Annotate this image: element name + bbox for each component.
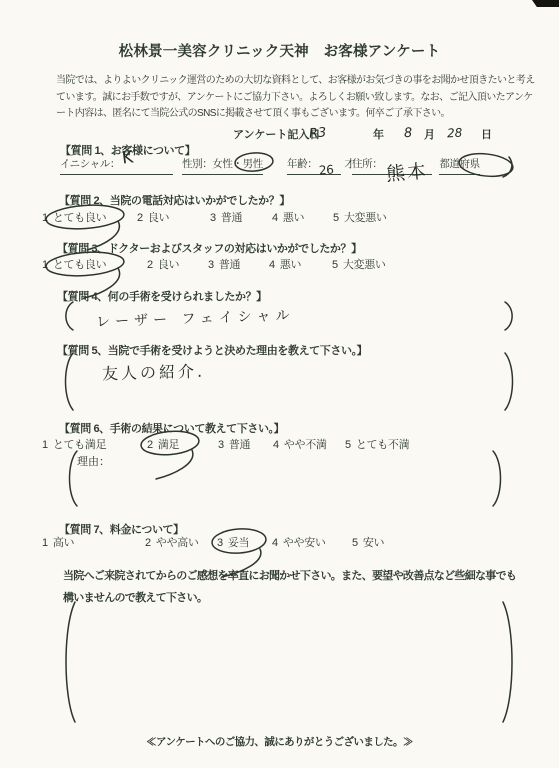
age-field: 年齢：26才 — [287, 156, 354, 175]
q2-heading: 【質問 2、当院の電話対応はいかがでしたか？】 — [59, 192, 290, 208]
age-underline: 年齢：26 — [287, 156, 341, 175]
handwritten-day: 28 — [447, 126, 463, 141]
left-bracket — [60, 599, 78, 725]
option-label: 良い — [148, 212, 169, 224]
q2-option-2: 2良い — [137, 209, 169, 225]
handwritten-year: R3 — [308, 125, 327, 141]
left-bracket — [60, 351, 76, 412]
q6-reason-box: 理由： — [64, 449, 506, 508]
year-unit-label: 年 — [373, 126, 384, 142]
q3-option-1-selected: 1とても良い — [42, 256, 106, 272]
option-label: 高い — [53, 537, 74, 549]
option-label: 大変悪い — [343, 259, 386, 271]
option-label: とても良い — [53, 212, 107, 224]
scanned-survey-form: 松林景一美容クリニック天神 お客様アンケート 当院では、よりよいクリニック運営の… — [0, 0, 559, 768]
gender-circled-answer: 男性 — [243, 156, 263, 171]
right-bracket — [502, 351, 518, 412]
handwritten-q4-answer: レーザー フェイシャル — [96, 305, 295, 332]
q2-option-4: 4悪い — [272, 209, 304, 225]
form-title: 松林景一美容クリニック天神 お客様アンケート — [0, 40, 559, 61]
handwritten-q5-answer: 友人の紹介. — [102, 359, 206, 385]
initial-label: イニシャル： — [60, 156, 173, 175]
q3-options-row: 1とても良い 2良い 3普通 4悪い 5大変悪い — [42, 256, 542, 274]
q3-option-5: 5大変悪い — [332, 256, 386, 272]
right-bracket — [502, 300, 518, 332]
option-label: 安い — [363, 537, 384, 549]
q2-option-5: 5大変悪い — [333, 209, 387, 225]
prefecture-suffix: 都道府県 — [439, 156, 479, 175]
q7-option-3-selected: 3妥当 — [217, 534, 249, 550]
q2-options-row: 1とても良い 2良い 3普通 4悪い 5大変悪い — [42, 209, 542, 227]
option-number: 1 — [42, 537, 48, 549]
q7-option-1: 1高い — [42, 534, 74, 550]
prefecture-suffix-label: 都道府県 — [439, 156, 479, 175]
option-label: 普通 — [221, 212, 242, 224]
gender-options: 性別：女性・男性 — [182, 156, 263, 175]
option-number: 2 — [137, 212, 143, 224]
gender-field: 性別：女性・男性 — [182, 156, 263, 175]
q5-answer-box: 友人の紹介. — [60, 351, 518, 412]
option-number: 4 — [269, 259, 275, 271]
right-bracket — [490, 449, 506, 508]
option-label: 悪い — [280, 259, 301, 271]
option-number: 4 — [272, 212, 278, 224]
option-number: 2 — [145, 537, 151, 549]
option-number: 5 — [332, 259, 338, 271]
closing-thanks: ≪アンケートへのご協力、誠にありがとうございました。≫ — [0, 734, 559, 749]
date-label: アンケート記入日 — [233, 126, 320, 142]
address-label: 住所： — [352, 158, 382, 170]
q2-option-1-selected: 1とても良い — [42, 209, 106, 225]
intro-text-line: ート内容は、匿名にて当院公式のSNSに掲載させて頂く事もございます。何卒ご了承下… — [56, 104, 450, 119]
left-bracket — [60, 300, 76, 332]
option-label: とても良い — [53, 259, 107, 271]
q7-option-5: 5安い — [352, 534, 384, 550]
handwritten-age: 26 — [319, 163, 334, 178]
gender-label: 性別：女性・ — [182, 158, 243, 170]
right-bracket — [500, 599, 518, 725]
option-number: 1 — [42, 439, 48, 451]
q3-option-3: 3普通 — [208, 256, 240, 272]
option-number: 2 — [147, 259, 153, 271]
address-underline: 住所：熊本 — [352, 156, 432, 175]
address-field: 住所：熊本都道府県 — [352, 156, 480, 175]
q7-option-4: 4やや安い — [272, 534, 326, 550]
feedback-answer-box — [60, 599, 518, 725]
q6-heading: 【質問 6、手術の結果について教えて下さい。】 — [59, 420, 284, 436]
q3-option-4: 4悪い — [269, 256, 301, 272]
handwritten-initial: K — [121, 147, 134, 168]
gender-male-label: 男性 — [243, 158, 263, 170]
option-number: 1 — [42, 212, 48, 224]
handwritten-month: 8 — [403, 126, 412, 142]
option-label: やや安い — [283, 537, 326, 549]
option-label: 妥当 — [228, 537, 249, 549]
option-label: 悪い — [283, 212, 304, 224]
option-number: 3 — [217, 537, 223, 549]
month-unit-label: 月 — [424, 126, 435, 142]
q3-heading: 【質問 3、ドクターおよびスタッフの対応はいかがでしたか？】 — [57, 240, 362, 256]
q4-answer-box: レーザー フェイシャル — [60, 300, 518, 332]
initial-field: イニシャル： K — [60, 156, 173, 175]
age-label: 年齢： — [287, 158, 317, 170]
scan-corner-artifact — [532, 0, 559, 7]
q1-fields-row: イニシャル： K 性別：女性・男性 年齢：26才 住所：熊本都道府県 — [0, 156, 559, 180]
q2-option-3: 3普通 — [210, 209, 242, 225]
option-number: 1 — [42, 259, 48, 271]
option-number: 3 — [210, 212, 216, 224]
option-number: 5 — [352, 537, 358, 549]
option-label: 大変悪い — [344, 212, 387, 224]
day-unit-label: 日 — [481, 126, 492, 142]
q3-option-2: 2良い — [147, 256, 179, 272]
intro-text-line: ています。誠にお手数ですが、アンケートにご協力下さい。よろしくお願い致します。な… — [56, 88, 533, 103]
option-label: 良い — [158, 259, 179, 271]
handwritten-address: 熊本 — [385, 156, 429, 187]
option-number: 5 — [333, 212, 339, 224]
reason-label: 理由： — [77, 453, 110, 469]
option-label: やや高い — [156, 537, 199, 549]
q7-options-row: 1高い 2やや高い 3妥当 4やや安い 5安い — [42, 534, 542, 552]
q7-option-2: 2やや高い — [145, 534, 199, 550]
option-number: 4 — [272, 537, 278, 549]
option-number: 3 — [208, 259, 214, 271]
intro-text-line: 当院では、よりよいクリニック運営のための大切な資料として、お客様がお気づきの事を… — [56, 71, 535, 86]
feedback-prompt-line: 当院へご来院されてからのご感想を率直にお聞かせ下さい。また、要望や改善点など些細… — [63, 567, 516, 583]
option-label: 普通 — [219, 259, 240, 271]
